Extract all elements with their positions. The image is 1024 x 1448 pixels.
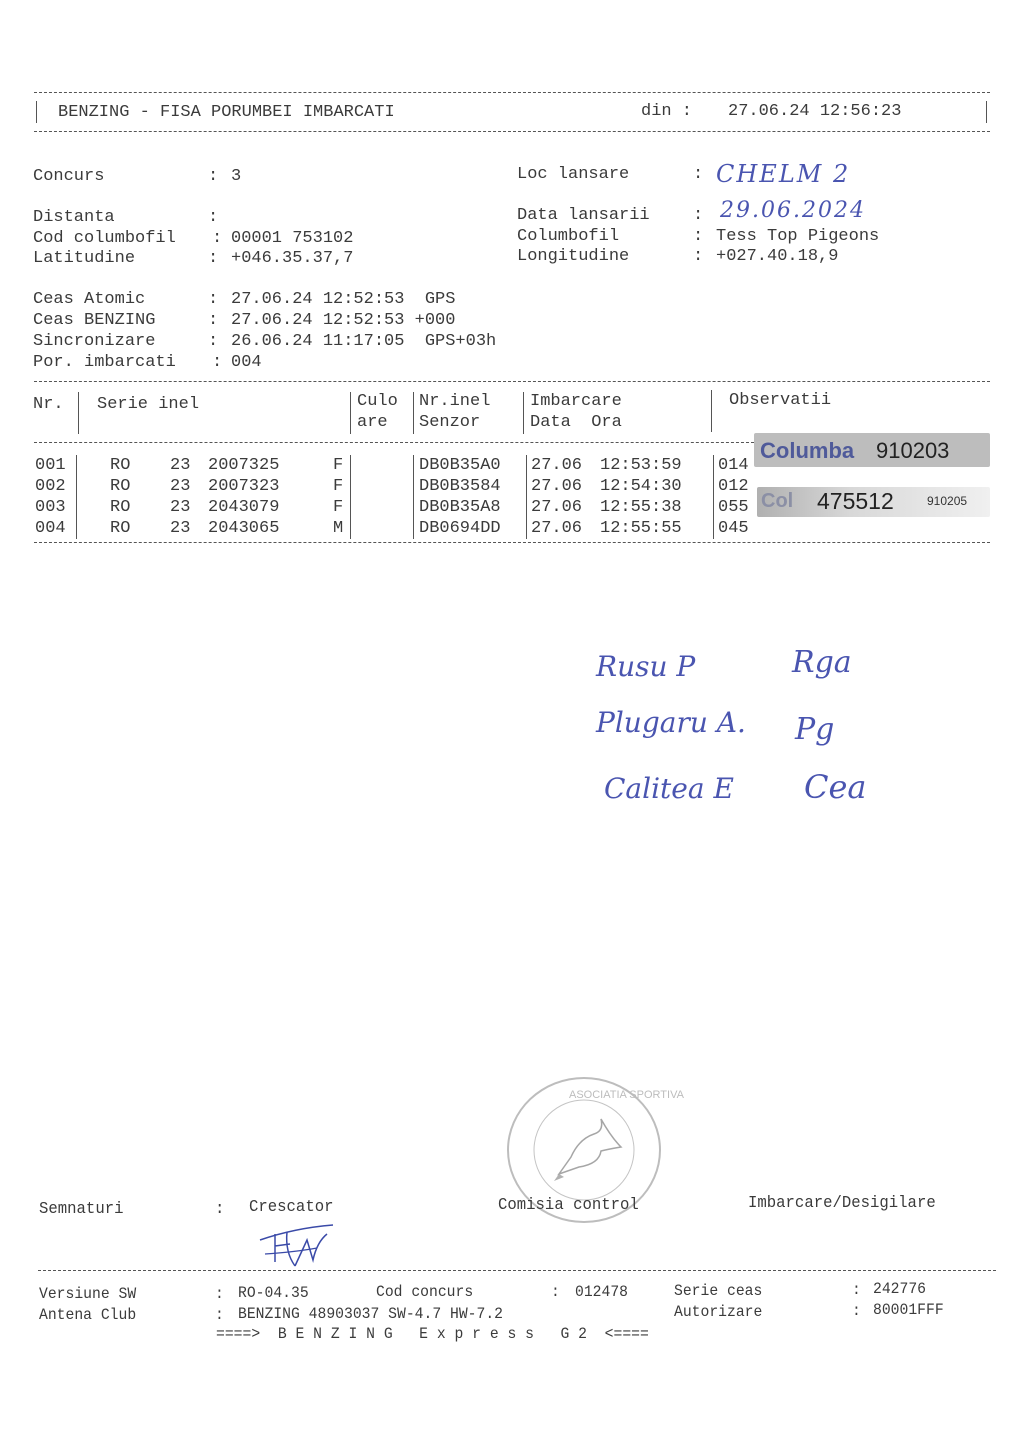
- row-sep-5: [713, 476, 714, 497]
- versiune-sw-value: RO-04.35: [238, 1283, 309, 1303]
- ceas-benzing-colon: :: [208, 310, 218, 331]
- committee-sig-1: Rga: [792, 645, 852, 680]
- row-sep-2: [350, 497, 351, 518]
- sincronizare-value: 26.06.24 11:17:05 GPS+03h: [231, 331, 496, 352]
- th-sep-3: [413, 392, 414, 434]
- por-imbarcati-value: 004: [231, 352, 262, 373]
- row-sep-1: [76, 497, 77, 518]
- versiune-sw-label: Versiune SW: [39, 1284, 136, 1304]
- row-nr: 004: [35, 518, 66, 539]
- committee-name-3: Calitea E: [604, 772, 734, 805]
- th-serie-inel: Serie inel: [97, 394, 199, 415]
- versiune-colon: :: [215, 1284, 224, 1304]
- table-bottom-rule: [34, 542, 990, 543]
- row-an: 23: [170, 518, 190, 539]
- ceas-atomic-label: Ceas Atomic: [33, 289, 145, 310]
- semnaturi-colon: :: [215, 1200, 224, 1220]
- ceas-atomic-value: 27.06.24 12:52:53 GPS: [231, 289, 455, 310]
- row-sex: F: [333, 455, 343, 476]
- seal-1-number: 910203: [876, 438, 949, 464]
- row-data: 27.06: [531, 476, 582, 497]
- row-an: 23: [170, 497, 190, 518]
- row-nr: 002: [35, 476, 66, 497]
- seal-2-small-number: 910205: [927, 494, 967, 508]
- th-imbarcare-2: Data Ora: [530, 412, 622, 433]
- row-sex: M: [333, 518, 343, 539]
- serie-ceas-value: 242776: [873, 1279, 926, 1299]
- stamp-inner-text: ASOCIATIA SPORTIVA: [569, 1089, 684, 1101]
- row-observatii: 014: [718, 455, 749, 476]
- ceas-benzing-label: Ceas BENZING: [33, 310, 155, 331]
- header-right-border: [986, 101, 987, 123]
- row-nr: 003: [35, 497, 66, 518]
- row-inel: 2043065: [208, 518, 279, 539]
- row-sep-5: [713, 455, 714, 476]
- committee-sig-3: Cea: [804, 768, 867, 806]
- header-top-rule: [34, 92, 990, 93]
- comisia-control-label: Comisia control: [498, 1196, 639, 1216]
- row-inel: 2007323: [208, 476, 279, 497]
- cod-concurs-value: 012478: [575, 1282, 628, 1302]
- row-tara: RO: [110, 497, 130, 518]
- cod-concurs-colon: :: [551, 1282, 560, 1302]
- row-sex: F: [333, 476, 343, 497]
- row-an: 23: [170, 476, 190, 497]
- table-top-rule: [34, 381, 990, 382]
- cod-columbofil-label: Cod columbofil: [33, 228, 176, 249]
- row-sex: F: [333, 497, 343, 518]
- committee-name-1: Rusu P: [596, 650, 695, 683]
- document-title: BENZING - FISA PORUMBEI IMBARCATI: [58, 102, 395, 123]
- autorizare-value: 80001FFF: [873, 1300, 944, 1320]
- row-inel: 2043079: [208, 497, 279, 518]
- cod-concurs-label: Cod concurs: [376, 1282, 473, 1302]
- ceas-atomic-colon: :: [208, 289, 218, 310]
- header-bottom-rule: [34, 131, 990, 132]
- columbofil-value: Tess Top Pigeons: [716, 226, 879, 247]
- row-sep-4: [526, 455, 527, 476]
- row-ora: 12:55:38: [600, 497, 682, 518]
- row-sep-4: [526, 476, 527, 497]
- row-sep-2: [350, 518, 351, 539]
- row-sep-5: [713, 518, 714, 539]
- latitudine-label: Latitudine: [33, 248, 135, 269]
- th-sep-4: [523, 392, 524, 434]
- row-tara: RO: [110, 455, 130, 476]
- antena-colon: :: [215, 1305, 224, 1325]
- cod-columbofil-colon: :: [212, 228, 222, 249]
- seal-1-brand: Columba: [760, 438, 854, 464]
- antena-club-label: Antena Club: [39, 1305, 136, 1325]
- th-sep-5: [711, 390, 712, 432]
- table-header-rule: [34, 442, 754, 443]
- row-senzor: DB0B35A0: [419, 455, 501, 476]
- row-sep-3: [413, 518, 414, 539]
- row-sep-4: [526, 518, 527, 539]
- header-din-value: 27.06.24 12:56:23: [728, 101, 901, 122]
- cod-columbofil-value: 00001 753102: [231, 228, 353, 249]
- latitudine-colon: :: [208, 248, 218, 269]
- por-imbarcati-label: Por. imbarcati: [33, 352, 176, 373]
- por-imbarcati-colon: :: [212, 352, 222, 373]
- loc-lansare-label: Loc lansare: [517, 164, 629, 185]
- row-sep-2: [350, 476, 351, 497]
- row-tara: RO: [110, 518, 130, 539]
- latitudine-value: +046.35.37,7: [231, 248, 353, 269]
- loc-lansare-colon: :: [693, 164, 703, 185]
- crescator-label: Crescator: [249, 1198, 333, 1218]
- header-din-label: din :: [641, 101, 692, 122]
- serie-ceas-label: Serie ceas: [674, 1281, 762, 1301]
- row-an: 23: [170, 455, 190, 476]
- th-imbarcare-1: Imbarcare: [530, 391, 622, 412]
- row-observatii: 045: [718, 518, 749, 539]
- row-senzor: DB0694DD: [419, 518, 501, 539]
- distanta-colon: :: [208, 207, 218, 228]
- row-sep-1: [76, 476, 77, 497]
- row-sep-3: [413, 497, 414, 518]
- semnaturi-label: Semnaturi: [39, 1200, 123, 1220]
- row-sep-3: [413, 455, 414, 476]
- committee-sig-2: Pg: [795, 712, 834, 747]
- row-observatii: 055: [718, 497, 749, 518]
- columbofil-label: Columbofil: [517, 226, 619, 247]
- concurs-label: Concurs: [33, 166, 104, 187]
- concurs-colon: :: [208, 166, 218, 187]
- loc-lansare-handwritten: CHELM 2: [716, 160, 850, 188]
- seal-sticker-2: Col 475512 910205: [757, 487, 990, 517]
- th-nr: Nr.: [33, 394, 64, 415]
- data-lansarii-colon: :: [693, 205, 703, 226]
- benzing-express-banner: ====> B E N Z I N G E x p r e s s G 2 <=…: [216, 1324, 649, 1344]
- th-sep-1: [78, 392, 79, 434]
- row-sep-2: [350, 455, 351, 476]
- imbarcare-desigilare-label: Imbarcare/Desigilare: [748, 1194, 936, 1214]
- seal-2-number: 475512: [817, 488, 894, 515]
- header-left-border: [36, 101, 37, 123]
- row-sep-1: [76, 455, 77, 476]
- row-ora: 12:54:30: [600, 476, 682, 497]
- row-data: 27.06: [531, 497, 582, 518]
- row-ora: 12:53:59: [600, 455, 682, 476]
- ceas-benzing-value: 27.06.24 12:52:53 +000: [231, 310, 455, 331]
- row-senzor: DB0B35A8: [419, 497, 501, 518]
- data-lansarii-label: Data lansarii: [517, 205, 650, 226]
- committee-name-2: Plugaru A.: [596, 706, 746, 739]
- sincronizare-colon: :: [208, 331, 218, 352]
- row-sep-4: [526, 497, 527, 518]
- th-sep-2: [350, 392, 351, 434]
- seal-sticker-1: Columba 910203: [754, 433, 990, 467]
- row-sep-1: [76, 518, 77, 539]
- row-data: 27.06: [531, 518, 582, 539]
- row-senzor: DB0B3584: [419, 476, 501, 497]
- th-observatii: Observatii: [729, 390, 831, 411]
- row-sep-3: [413, 476, 414, 497]
- row-tara: RO: [110, 476, 130, 497]
- autorizare-label: Autorizare: [674, 1302, 762, 1322]
- crescator-signature-icon: [255, 1222, 345, 1274]
- th-culoare-2: are: [357, 412, 388, 433]
- table-row: 004 RO 23 2043065 M DB0694DD 27.06 12:55…: [0, 518, 1024, 539]
- longitudine-label: Longitudine: [517, 246, 629, 267]
- distanta-label: Distanta: [33, 207, 115, 228]
- row-nr: 001: [35, 455, 66, 476]
- longitudine-value: +027.40.18,9: [716, 246, 838, 267]
- sincronizare-label: Sincronizare: [33, 331, 155, 352]
- th-nr-inel-1: Nr.inel: [419, 391, 490, 412]
- data-lansarii-handwritten: 29.06.2024: [720, 198, 866, 223]
- longitudine-colon: :: [693, 246, 703, 267]
- row-ora: 12:55:55: [600, 518, 682, 539]
- row-inel: 2007325: [208, 455, 279, 476]
- concurs-value: 3: [231, 166, 241, 187]
- row-observatii: 012: [718, 476, 749, 497]
- th-culoare-1: Culo: [357, 391, 398, 412]
- row-sep-5: [713, 497, 714, 518]
- columbofil-colon: :: [693, 226, 703, 247]
- th-nr-inel-2: Senzor: [419, 412, 480, 433]
- seal-2-brand: Col: [761, 490, 793, 513]
- row-data: 27.06: [531, 455, 582, 476]
- autorizare-colon: :: [852, 1301, 861, 1321]
- antena-club-value: BENZING 48903037 SW-4.7 HW-7.2: [238, 1304, 503, 1324]
- signatures-bottom-rule: [38, 1270, 996, 1271]
- serie-ceas-colon: :: [852, 1280, 861, 1300]
